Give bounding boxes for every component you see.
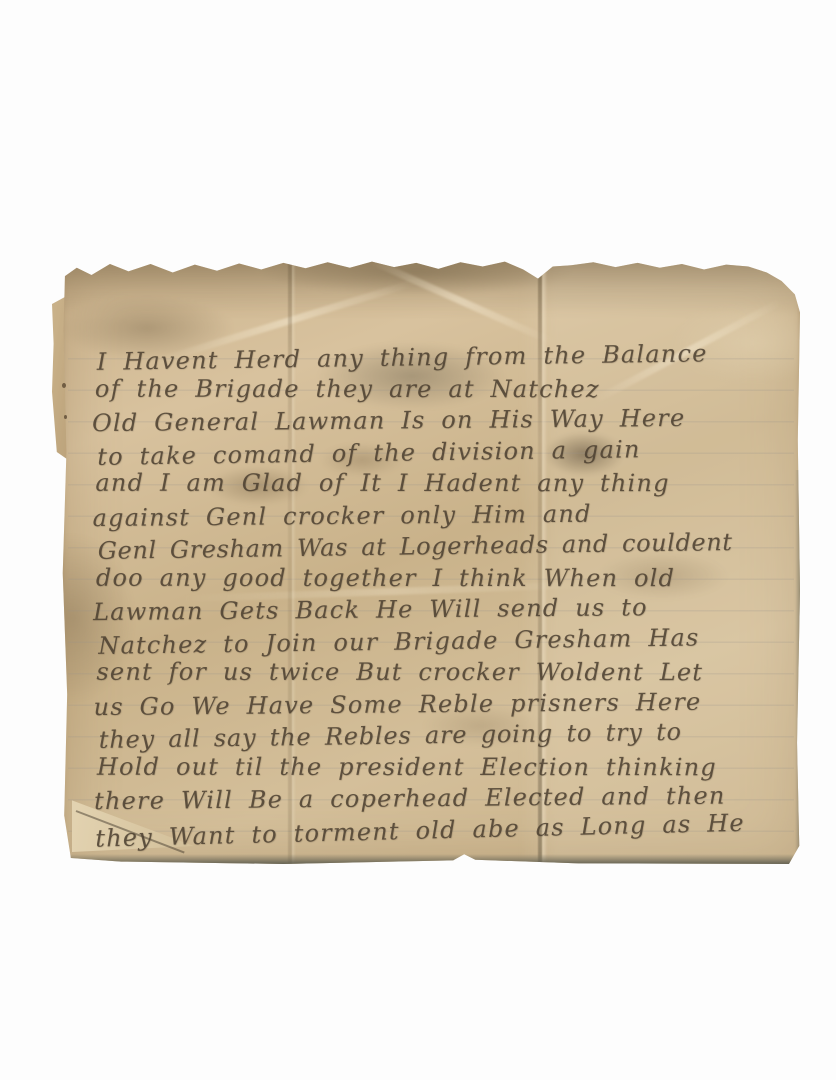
- paper-speck: [62, 383, 66, 388]
- paper-speck: [64, 415, 67, 419]
- wrinkle-crease: [369, 258, 555, 346]
- handwriting-line: sent for us twice But crocker Woldent Le…: [96, 657, 796, 689]
- handwriting-line: I Havent Herd any thing from the Balance: [97, 337, 797, 378]
- handwritten-text: I Havent Herd any thing from the Balance…: [95, 340, 798, 848]
- scanner-background: I Havent Herd any thing from the Balance…: [0, 0, 836, 1080]
- handwriting-line: and I am Glad of It I Hadent any thing: [95, 468, 795, 500]
- handwriting-line: doo any good together I think When old: [96, 562, 796, 594]
- handwriting-line: Hold out til the president Election thin…: [97, 751, 797, 783]
- handwriting-line: of the Brigade they are at Natchez: [95, 373, 795, 405]
- letter-paper: I Havent Herd any thing from the Balance…: [62, 258, 800, 864]
